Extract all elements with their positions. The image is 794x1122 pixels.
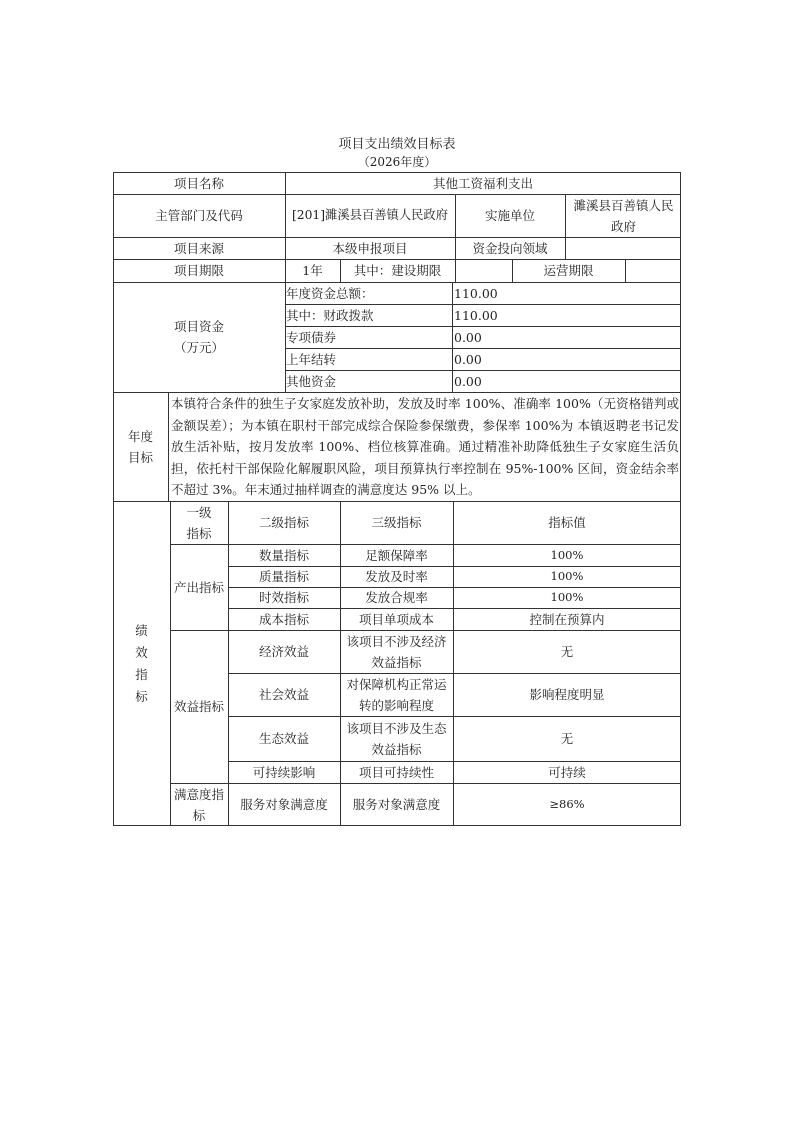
operation-period-label: 运营期限 [512, 259, 625, 282]
source-value: 本级申报项目 [285, 237, 455, 259]
level1-output: 产出指标 [170, 544, 228, 630]
table-row-level2: 数量指标 [228, 544, 340, 566]
impl-unit-label: 实施单位 [455, 194, 565, 237]
funds-row-label: 其他资金 [285, 370, 452, 392]
funds-row-value: 0.00 [453, 370, 681, 392]
table-row-level3: 足额保障率 [340, 544, 453, 566]
header-value: 指标值 [453, 501, 681, 544]
funds-row-value: 110.00 [453, 304, 681, 326]
table-row-value: 无 [453, 716, 681, 761]
dept-value: [201]濉溪县百善镇人民政府 [285, 194, 455, 237]
header-level1: 一级 指标 [170, 501, 228, 544]
table-row-level2: 时效指标 [228, 587, 340, 608]
table-row-level2: 质量指标 [228, 566, 340, 587]
table-row-level3: 该项目不涉及生态 效益指标 [340, 716, 453, 761]
level1-line1: 满意度指 [174, 784, 224, 805]
section-label-char: 绩 [135, 620, 148, 642]
document-title: 项目支出绩效目标表 [0, 133, 794, 152]
fund-direction-value [566, 237, 681, 259]
table-row-value: 可持续 [453, 761, 681, 783]
table-row-level2: 可持续影响 [228, 761, 340, 783]
table-row-level2: 生态效益 [228, 716, 340, 761]
funds-label: 项目资金 （万元） [113, 282, 285, 392]
funds-row-value: 110.00 [453, 282, 681, 304]
table-row-level3: 发放合规率 [340, 587, 453, 608]
table-row-value: 100% [453, 566, 681, 587]
construction-period-label: 其中：建设期限 [340, 259, 455, 282]
table-row-level3: 项目单项成本 [340, 608, 453, 630]
level3-line2: 效益指标 [371, 652, 421, 673]
annual-goal-label-line1: 年度 [128, 426, 153, 447]
table-row-level3: 发放及时率 [340, 566, 453, 587]
level3-line2: 效益指标 [371, 739, 421, 760]
source-label: 项目来源 [113, 237, 285, 259]
level1-benefit: 效益指标 [170, 630, 228, 783]
period-label: 项目期限 [113, 259, 285, 282]
table-row-value: 100% [453, 587, 681, 608]
funds-row-label: 年度资金总额： [285, 282, 452, 304]
table-row-level3: 对保障机构正常运 转的影响程度 [340, 673, 453, 716]
header-level3: 三级指标 [340, 501, 453, 544]
section-label-char: 标 [135, 686, 148, 708]
table-row-level3: 项目可持续性 [340, 761, 453, 783]
operation-period-value [625, 259, 681, 282]
annual-goal-label-line2: 目标 [128, 447, 153, 468]
funds-row-value: 0.00 [453, 348, 681, 370]
document-subtitle: （2026年度） [0, 153, 794, 170]
table-row-level2: 成本指标 [228, 608, 340, 630]
table-row-level2: 服务对象满意度 [228, 783, 340, 826]
period-value: 1年 [285, 259, 340, 282]
level3-line1: 对保障机构正常运 [346, 674, 446, 695]
level3-line1: 该项目不涉及生态 [346, 718, 446, 739]
dept-label: 主管部门及代码 [113, 194, 285, 237]
project-name-label: 项目名称 [113, 172, 285, 194]
level1-satisfaction: 满意度指 标 [170, 783, 228, 826]
table-row-value: 无 [453, 630, 681, 673]
fund-direction-label: 资金投向领域 [455, 237, 565, 259]
table-row-level3: 该项目不涉及经济 效益指标 [340, 630, 453, 673]
header-level2: 二级指标 [228, 501, 340, 544]
table-row-level2: 经济效益 [228, 630, 340, 673]
funds-row-label: 上年结转 [285, 348, 452, 370]
table-row-level2: 社会效益 [228, 673, 340, 716]
indicators-section-label: 绩 效 指 标 [113, 501, 170, 826]
funds-row-label: 其中：财政拨款 [285, 304, 452, 326]
table-row-level3: 服务对象满意度 [340, 783, 453, 826]
funds-row-value: 0.00 [453, 326, 681, 348]
section-label-char: 指 [135, 664, 148, 686]
funds-label-line1: 项目资金 [174, 316, 224, 337]
level3-line2: 转的影响程度 [359, 695, 434, 716]
funds-row-label: 专项债券 [285, 326, 452, 348]
header-level1-line1: 一级 [186, 502, 211, 523]
level1-line2: 标 [193, 805, 206, 826]
annual-goal-text: 本镇符合条件的独生子女家庭发放补助，发放及时率 100%、准确率 100%（无资… [169, 393, 681, 501]
section-label-char: 效 [135, 642, 148, 664]
table-row-value: 影响程度明显 [453, 673, 681, 716]
level3-line1: 该项目不涉及经济 [346, 631, 446, 652]
table-row-value: 控制在预算内 [453, 608, 681, 630]
table-row-value: 100% [453, 544, 681, 566]
header-level1-line2: 指标 [186, 523, 211, 544]
funds-label-line2: （万元） [174, 337, 224, 358]
annual-goal-label: 年度 目标 [113, 392, 168, 501]
impl-unit-value: 濉溪县百善镇人民政府 [566, 194, 681, 237]
project-name-value: 其他工资福利支出 [285, 172, 681, 194]
construction-period-value [455, 259, 512, 282]
table-row-value: ≥86% [453, 783, 681, 826]
